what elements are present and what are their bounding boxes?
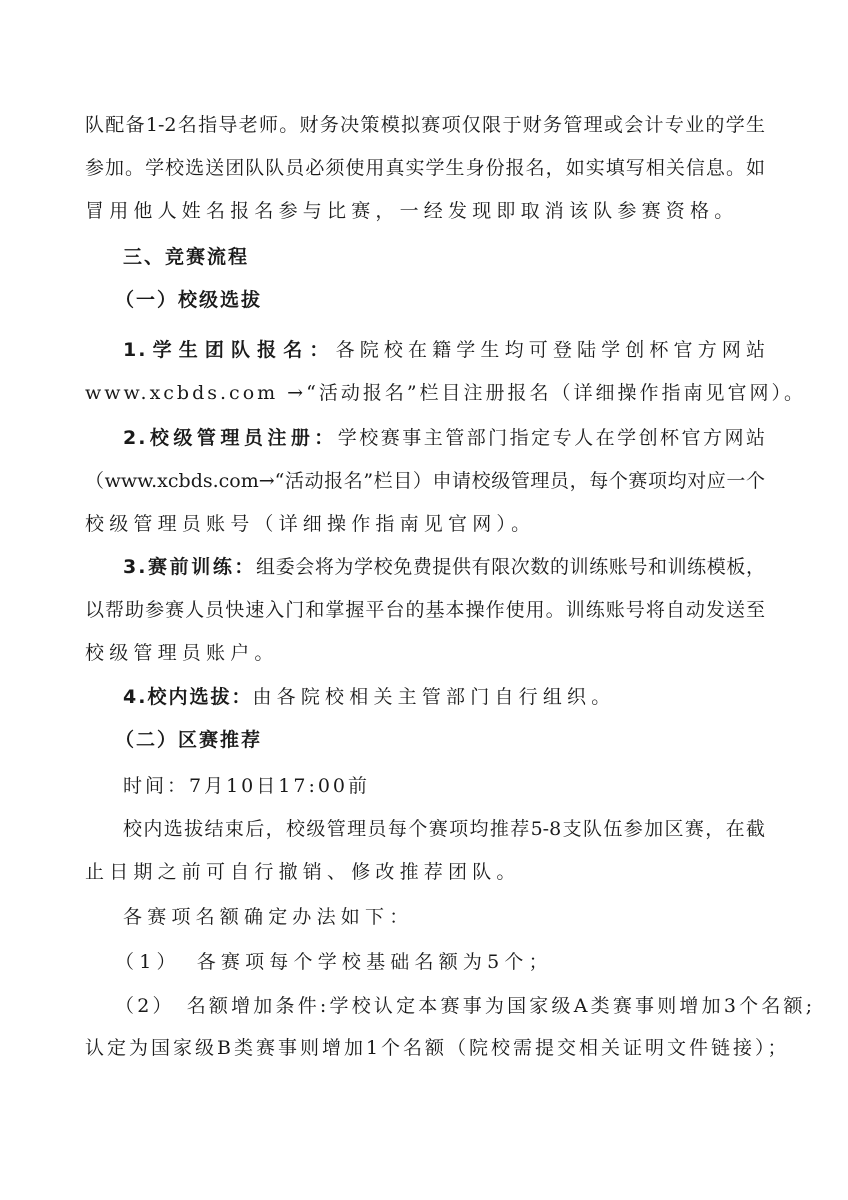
quota-item-2-text: 名额增加条件:学校认定本赛事为国家级A类赛事则增加3个名额; (187, 995, 816, 1017)
recommend-para-line-2: 止日期之前可自行撤销、修改推荐团队。 (85, 857, 765, 887)
quota-item-2-line-2: 认定为国家级B类赛事则增加1个名额（院校需提交相关证明文件链接）； (85, 1033, 765, 1063)
subsection-heading-2: （二）区赛推荐 (85, 725, 765, 755)
item-3-label: 3.赛前训练： (123, 556, 256, 578)
item-1-text: 各院校在籍学生均可登陆学创杯官方网站 (336, 339, 765, 361)
item-3-text: 组委会将为学校免费提供有限次数的训练账号和训练模板， (256, 556, 765, 578)
intro-line-2: 参加。学校选送团队队员必须使用真实学生身份报名，如实填写相关信息。如 (85, 153, 765, 183)
item-4-label: 4.校内选拔： (123, 686, 252, 708)
subsection-heading-1: （一）校级选拔 (85, 285, 765, 315)
quota-intro: 各赛项名额确定办法如下： (85, 902, 765, 932)
item-4-text: 由各院校相关主管部门自行组织。 (252, 686, 615, 708)
item-3-line-2: 以帮助参赛人员快速入门和掌握平台的基本操作使用。训练账号将自动发送至 (85, 595, 765, 625)
intro-line-1: 队配备1-2名指导老师。财务决策模拟赛项仅限于财务管理或会计专业的学生 (85, 110, 765, 140)
item-2-text: 学校赛事主管部门指定专人在学创杯官方网站 (338, 427, 765, 449)
quota-item-2-num: （2） (115, 995, 175, 1017)
recommend-para-line-1: 校内选拔结束后，校级管理员每个赛项均推荐5-8支队伍参加区赛，在截 (85, 814, 765, 844)
item-1-line-2: www.xcbds.com →“活动报名”栏目注册报名（详细操作指南见官网）。 (85, 378, 765, 408)
item-1-line-1: 1.学生团队报名：各院校在籍学生均可登陆学创杯官方网站 (85, 335, 765, 365)
item-2-line-3: 校级管理员账号（详细操作指南见官网）。 (85, 509, 765, 539)
intro-line-3: 冒用他人姓名报名参与比赛，一经发现即取消该队参赛资格。 (85, 196, 765, 226)
item-3-line-3: 校级管理员账户。 (85, 638, 765, 668)
item-3-line-1: 3.赛前训练：组委会将为学校免费提供有限次数的训练账号和训练模板， (85, 552, 765, 582)
item-4-line-1: 4.校内选拔：由各院校相关主管部门自行组织。 (85, 682, 765, 712)
section-heading: 三、竞赛流程 (85, 242, 765, 272)
item-2-line-2: （www.xcbds.com→“活动报名”栏目）申请校级管理员，每个赛项均对应一… (85, 466, 765, 496)
item-2-line-1: 2.校级管理员注册：学校赛事主管部门指定专人在学创杯官方网站 (85, 423, 765, 453)
quota-item-1-num: （1） (115, 951, 181, 973)
quota-item-1-text: 各赛项每个学校基础名额为5个； (197, 951, 553, 973)
item-2-label: 2.校级管理员注册： (123, 427, 338, 449)
item-1-label: 1.学生团队报名： (123, 339, 336, 361)
deadline-time: 时间：7月10日17:00前 (85, 771, 765, 801)
quota-item-2-line-1: （2）名额增加条件:学校认定本赛事为国家级A类赛事则增加3个名额; (85, 991, 765, 1021)
quota-item-1: （1）各赛项每个学校基础名额为5个； (85, 947, 765, 977)
